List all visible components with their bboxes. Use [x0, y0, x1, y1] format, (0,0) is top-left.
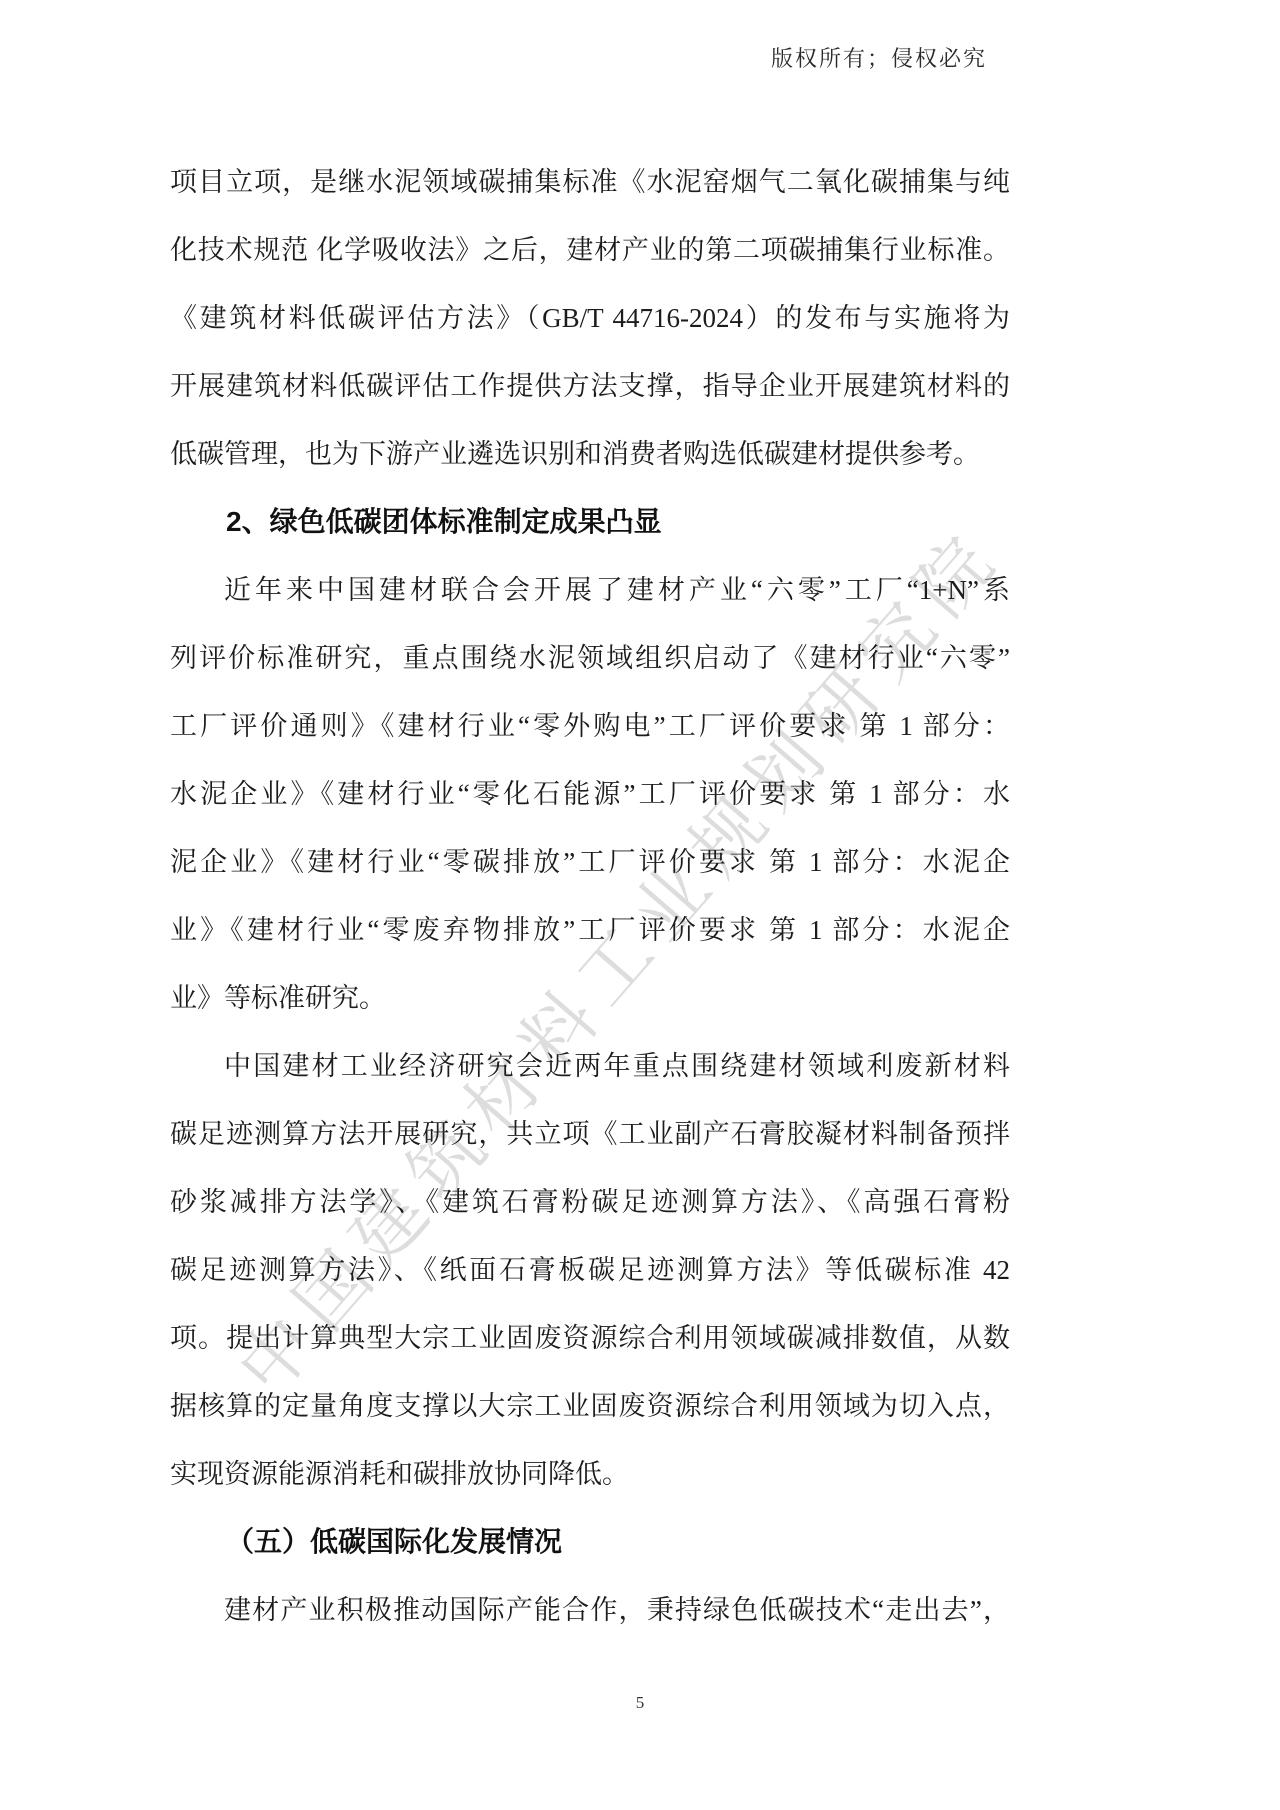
section-heading: （五）低碳国际化发展情况 [170, 1508, 1010, 1576]
body-line: 中国建材工业经济研究会近两年重点围绕建材领域利废新材料 [170, 1032, 1010, 1100]
body-line: 实现资源能源消耗和碳排放协同降低。 [170, 1440, 1010, 1508]
body-line: 碳足迹测算方法》、《纸面石膏板碳足迹测算方法》等低碳标准 42 [170, 1236, 1010, 1304]
page-number: 5 [0, 1693, 1280, 1713]
body-line: 列评价标准研究，重点围绕水泥领域组织启动了《建材行业“六零” [170, 624, 1010, 692]
body-line: 建材产业积极推动国际产能合作，秉持绿色低碳技术“走出去”， [170, 1576, 1010, 1644]
body-line: 《建筑材料低碳评估方法》（GB/T 44716-2024）的发布与实施将为 [170, 284, 1010, 352]
body-line: 业》等标准研究。 [170, 964, 1010, 1032]
body-line: 据核算的定量角度支撑以大宗工业固废资源综合利用领域为切入点， [170, 1372, 1010, 1440]
body-line: 项。提出计算典型大宗工业固废资源综合利用领域碳减排数值，从数 [170, 1304, 1010, 1372]
body-line: 泥企业》《建材行业“零碳排放”工厂评价要求 第 1 部分：水泥企 [170, 828, 1010, 896]
section-heading: 2、绿色低碳团体标准制定成果凸显 [170, 488, 1010, 556]
body-line: 开展建筑材料低碳评估工作提供方法支撑，指导企业开展建筑材料的 [170, 352, 1010, 420]
body-line: 项目立项，是继水泥领域碳捕集标准《水泥窑烟气二氧化碳捕集与纯 [170, 148, 1010, 216]
document-page: 版权所有；侵权必究 中国建筑材料工业规划研究院 项目立项，是继水泥领域碳捕集标准… [0, 0, 1280, 1810]
body-line: 碳足迹测算方法开展研究，共立项《工业副产石膏胶凝材料制备预拌 [170, 1100, 1010, 1168]
body-line: 砂浆减排方法学》、《建筑石膏粉碳足迹测算方法》、《高强石膏粉 [170, 1168, 1010, 1236]
body-line: 化技术规范 化学吸收法》之后，建材产业的第二项碳捕集行业标准。 [170, 216, 1010, 284]
body-line: 近年来中国建材联合会开展了建材产业“六零”工厂“1+N”系 [170, 556, 1010, 624]
body-line: 水泥企业》《建材行业“零化石能源”工厂评价要求 第 1 部分：水 [170, 760, 1010, 828]
copyright-notice: 版权所有；侵权必究 [771, 42, 987, 73]
body-line: 工厂评价通则》《建材行业“零外购电”工厂评价要求 第 1 部分： [170, 692, 1010, 760]
body-line: 低碳管理，也为下游产业遴选识别和消费者购选低碳建材提供参考。 [170, 420, 1010, 488]
document-body: 项目立项，是继水泥领域碳捕集标准《水泥窑烟气二氧化碳捕集与纯 化技术规范 化学吸… [170, 148, 1010, 1644]
body-line: 业》《建材行业“零废弃物排放”工厂评价要求 第 1 部分：水泥企 [170, 896, 1010, 964]
